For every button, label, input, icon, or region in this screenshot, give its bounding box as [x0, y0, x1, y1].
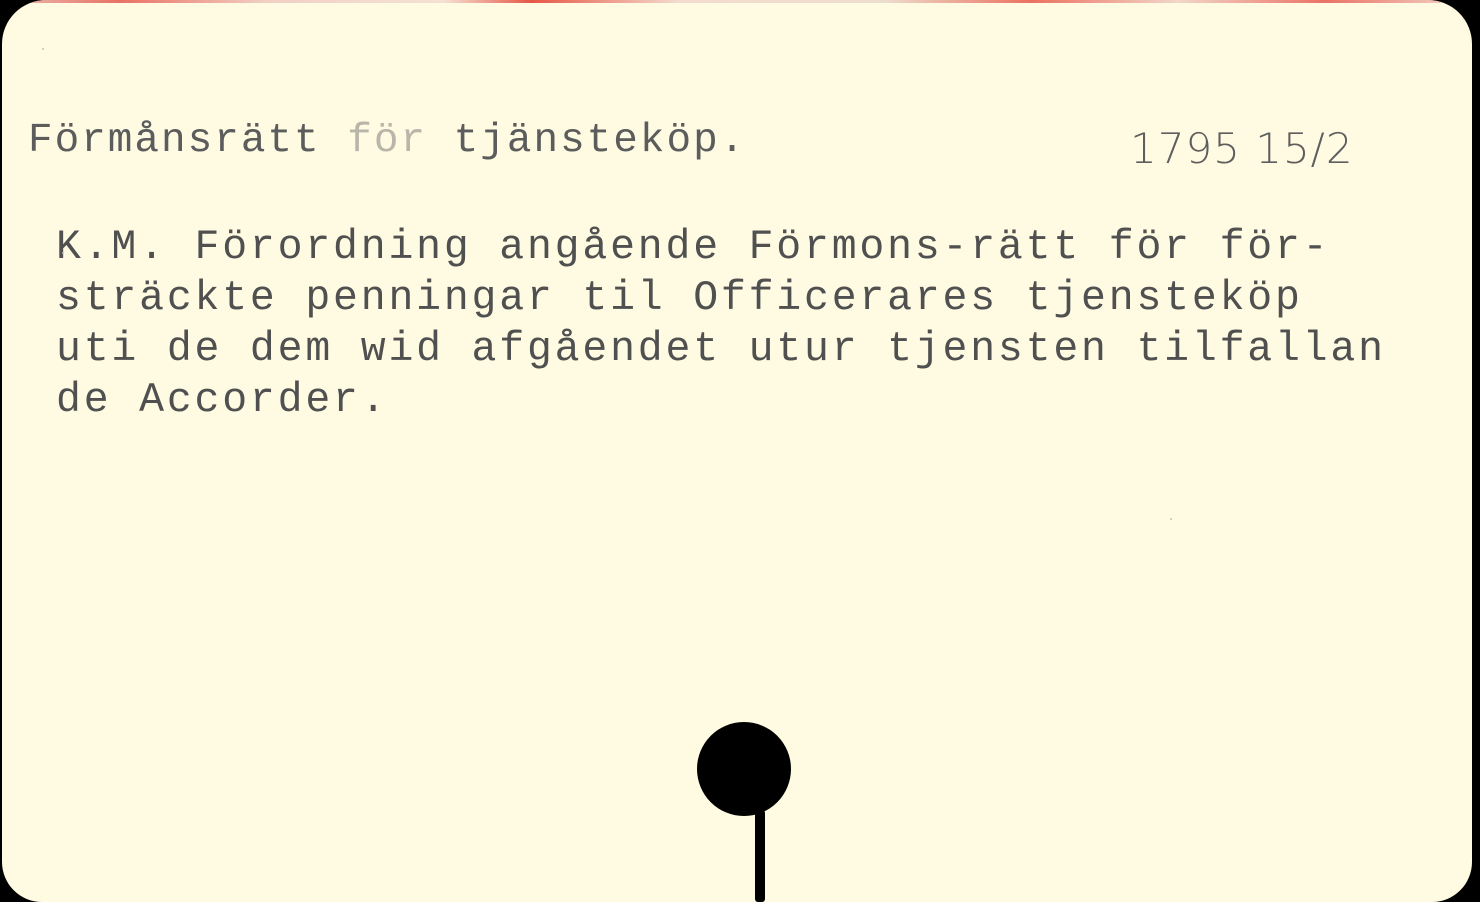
paper-speck — [1170, 518, 1172, 520]
card-title: Förmånsrätt för tjänsteköp. — [28, 118, 746, 164]
card-body: K.M. Förordning angående Förmons-rätt fö… — [56, 222, 1386, 426]
card-top-edge — [2, 0, 1472, 3]
card-title-part: Förmånsrätt — [28, 118, 347, 164]
card-title-part: tjänsteköp. — [427, 118, 746, 164]
body-line: K.M. Förordning angående Förmons-rätt fö… — [56, 222, 1386, 273]
punch-hole — [697, 722, 791, 816]
filing-rod — [755, 810, 765, 902]
body-line: sträckte penningar til Officerares tjens… — [56, 273, 1386, 324]
paper-speck — [62, 252, 64, 254]
body-line: de Accorder. — [56, 375, 1386, 426]
body-line: uti de dem wid afgåendet utur tjensten t… — [56, 324, 1386, 375]
card-date: 1795 15/2 — [1130, 124, 1354, 173]
card-title-faint-part: för — [347, 118, 427, 164]
paper-speck — [42, 48, 44, 50]
